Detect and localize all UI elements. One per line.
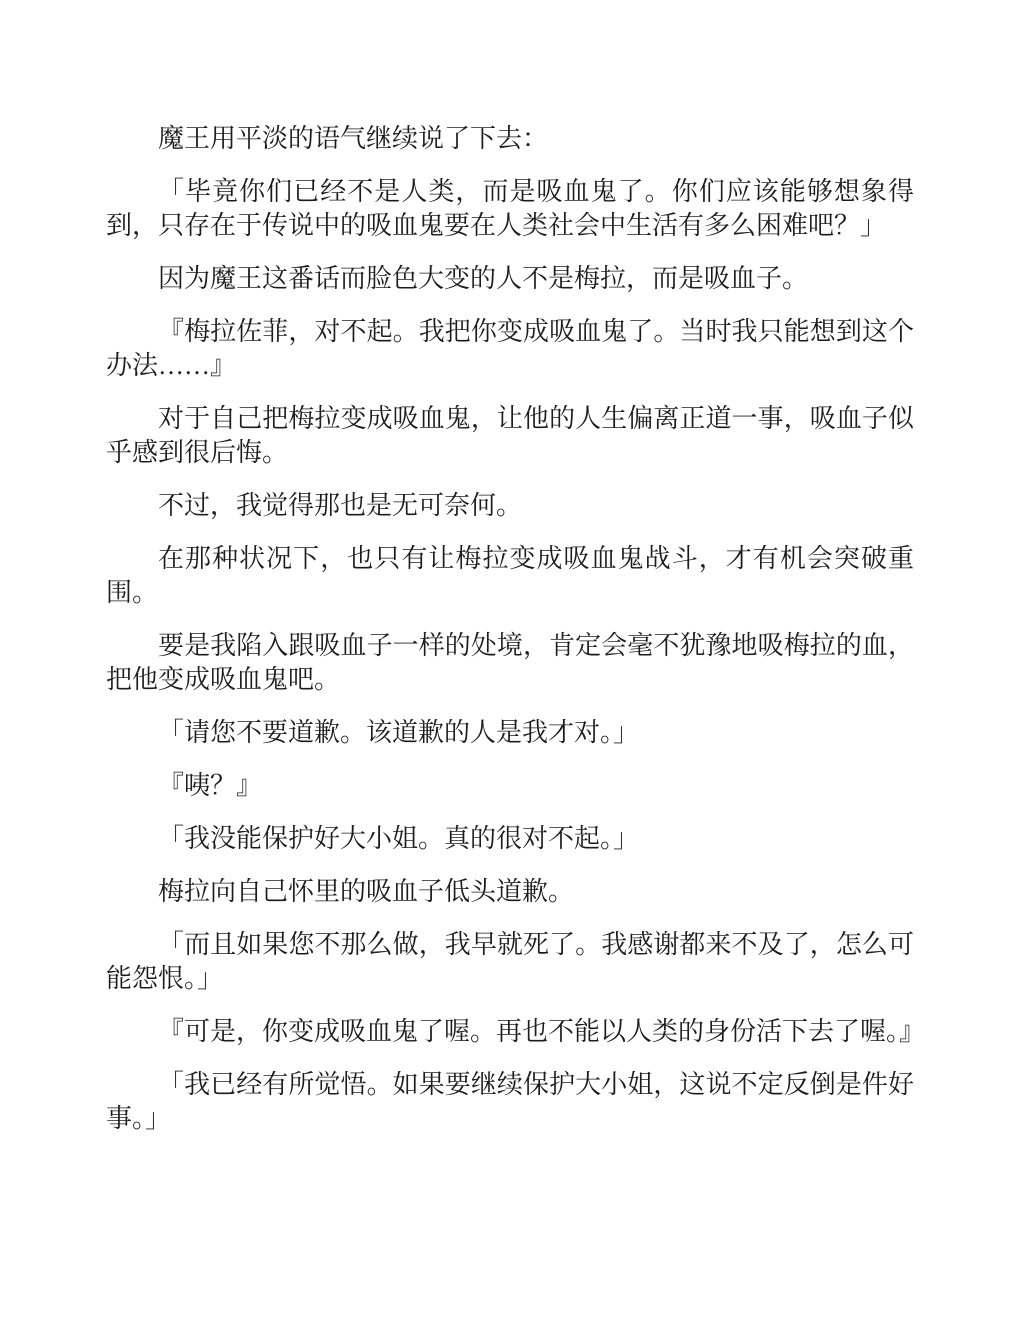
paragraph: 「而且如果您不那么做，我早就死了。我感谢都来不及了，怎么可能怨恨。」: [106, 928, 914, 996]
paragraph: 「请您不要道歉。该道歉的人是我才对。」: [106, 716, 914, 750]
paragraph: 『梅拉佐菲，对不起。我把你变成吸血鬼了。当时我只能想到这个办法……』: [106, 315, 914, 383]
paragraph: 对于自己把梅拉变成吸血鬼，让他的人生偏离正道一事，吸血子似乎感到很后悔。: [106, 402, 914, 470]
paragraph: 因为魔王这番话而脸色大变的人不是梅拉，而是吸血子。: [106, 262, 914, 296]
paragraph: 「我已经有所觉悟。如果要继续保护大小姐，这说不定反倒是件好事。」: [106, 1068, 914, 1136]
paragraph: 『可是，你变成吸血鬼了喔。再也不能以人类的身份活下去了喔。』: [106, 1015, 914, 1049]
page-content: 魔王用平淡的语气继续说了下去：「毕竟你们已经不是人类，而是吸血鬼了。你们应该能够…: [106, 122, 914, 1136]
paragraph: 在那种状况下，也只有让梅拉变成吸血鬼战斗，才有机会突破重围。: [106, 542, 914, 610]
paragraph: 魔王用平淡的语气继续说了下去：: [106, 122, 914, 156]
paragraph: 不过，我觉得那也是无可奈何。: [106, 489, 914, 523]
paragraph: 「我没能保护好大小姐。真的很对不起。」: [106, 822, 914, 856]
paragraph: 要是我陷入跟吸血子一样的处境，肯定会毫不犹豫地吸梅拉的血，把他变成吸血鬼吧。: [106, 629, 914, 697]
paragraph: 「毕竟你们已经不是人类，而是吸血鬼了。你们应该能够想象得到，只存在于传说中的吸血…: [106, 175, 914, 243]
paragraph: 『咦？』: [106, 769, 914, 803]
paragraph: 梅拉向自己怀里的吸血子低头道歉。: [106, 875, 914, 909]
document-page: 魔王用平淡的语气继续说了下去：「毕竟你们已经不是人类，而是吸血鬼了。你们应该能够…: [0, 0, 1020, 1320]
